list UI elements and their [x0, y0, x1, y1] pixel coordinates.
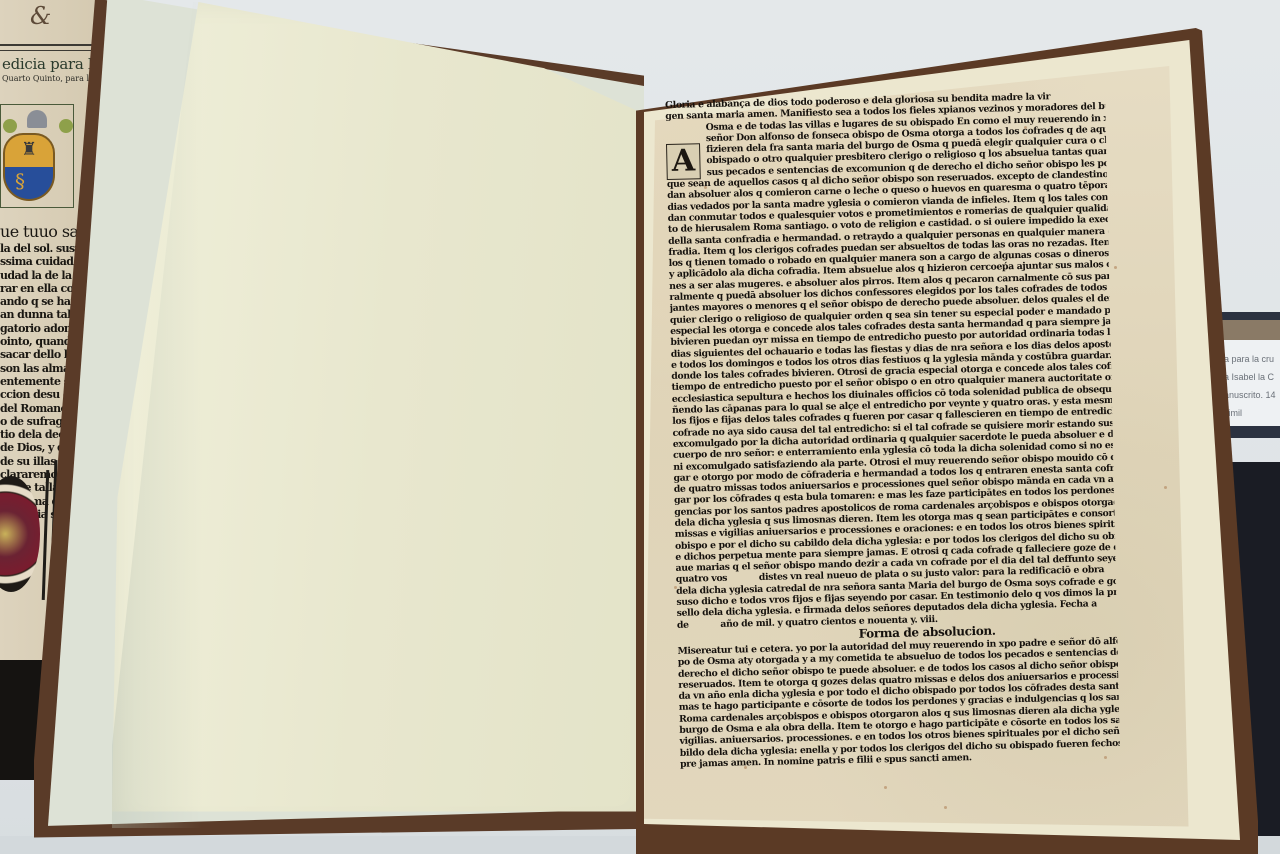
exhibit-label-line: a para la cru: [1224, 354, 1274, 364]
background-document-heading: edicia para las: [2, 56, 104, 72]
signature-flourish: &: [30, 2, 51, 30]
exhibit-label-line: a Isabel la C: [1224, 372, 1274, 382]
exhibit-label-card: a para la cru a Isabel la C anuscrito. 1…: [1222, 312, 1280, 438]
border-rule: [0, 50, 100, 51]
eagle-icon: ♜: [21, 139, 37, 160]
tiara-icon: [27, 110, 47, 128]
printed-bull-text: A Gloria e alabança de dios todo poderos…: [665, 90, 1120, 770]
border-rule: [0, 44, 100, 46]
background-document-subheading: Quarto Quinto, para la: [2, 74, 94, 83]
exhibit-label-line: anuscrito. 14: [1224, 390, 1276, 400]
decorated-initial: A: [666, 143, 701, 180]
photo-scene: & edicia para las Quarto Quinto, para la…: [0, 0, 1280, 854]
papal-coat-of-arms-icon: ♜ §: [0, 104, 74, 208]
dragon-icon: §: [15, 169, 25, 193]
